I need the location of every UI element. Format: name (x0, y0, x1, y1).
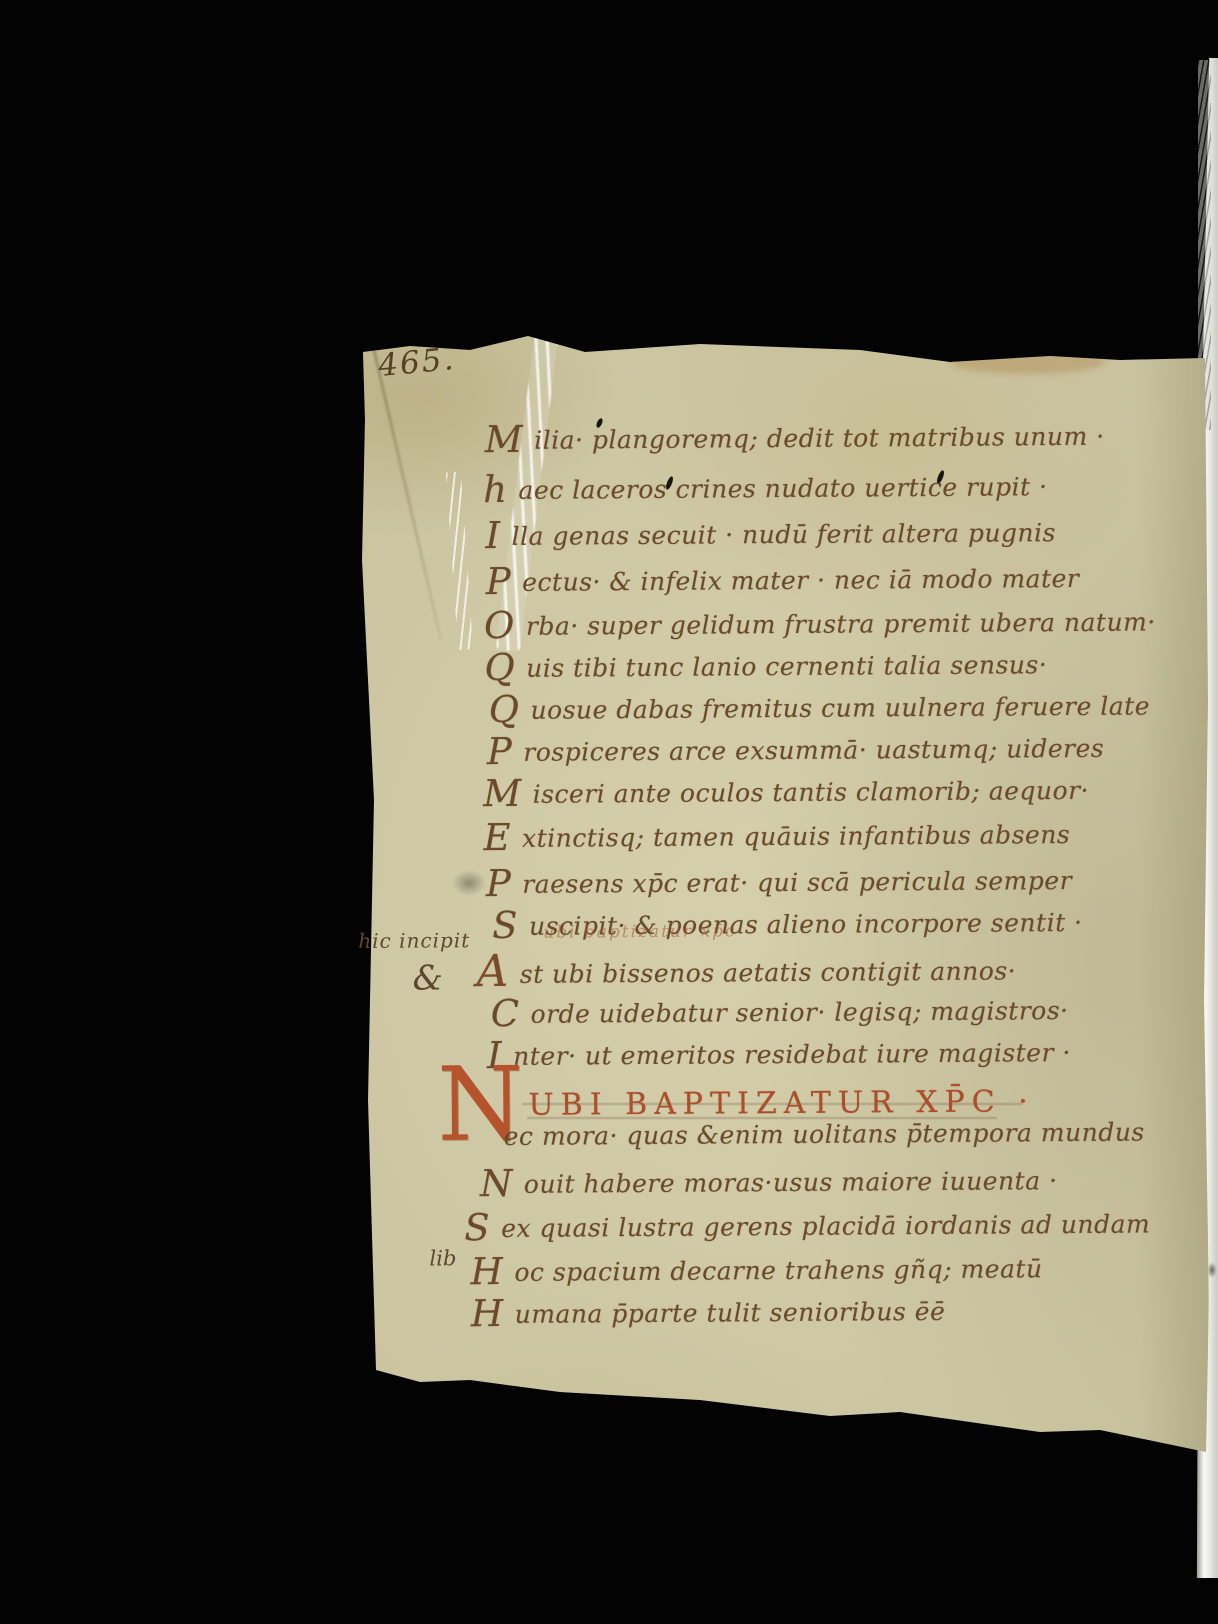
verse-text: rba· super gelidum frustra premit ubera … (526, 607, 1156, 640)
verse-line: ec mora· quas &enim uolitans p̄tempora m… (504, 1118, 1145, 1151)
verse-line: Nouit habere moras·usus maiore iuuenta · (480, 1158, 1058, 1205)
line-initial: C (491, 992, 520, 1035)
verse-line: Pectus· & infelix mater · nec iā modo ma… (486, 556, 1080, 603)
verse-text: xtinctisq; tamen quāuis infantibus absen… (522, 820, 1070, 853)
verse-text: ilia· plangoremq; dedit tot matribus unu… (534, 422, 1105, 455)
line-initial: H (471, 1292, 504, 1335)
verse-line: haec laceros crines nudato uertice rupit… (483, 464, 1048, 511)
line-initial: E (483, 816, 511, 859)
line-initial: M (483, 772, 522, 815)
line-initial: M (485, 418, 524, 461)
line-initial: N (480, 1162, 513, 1205)
verse-line: Orba· super gelidum frustra premit ubera… (484, 599, 1156, 647)
line-initial: H (470, 1250, 503, 1293)
line-initial: Q (489, 688, 520, 731)
verse-text: raesens xp̄c erat· qui scā pericula semp… (522, 866, 1072, 899)
verse-text: nter· ut emeritos residebat iure magiste… (513, 1038, 1071, 1071)
line-initial: S (492, 904, 518, 947)
verse-line: Hoc spacium decarne trahens gñq; meatū (470, 1246, 1042, 1293)
line-initial: O (484, 604, 515, 647)
line-initial: Q (484, 646, 515, 689)
margin-note-lib: lib (429, 1246, 456, 1270)
verse-line: Quosue dabas fremitus cum uulnera feruer… (489, 683, 1151, 731)
verse-text: rospiceres arce exsummā· uastumq; uidere… (523, 734, 1104, 767)
verse-line: Corde uidebatur senior· legisq; magistro… (491, 988, 1069, 1035)
verse-line: Milia· plangoremq; dedit tot matribus un… (485, 414, 1105, 461)
verse-text: ectus· & infelix mater · nec iā modo mat… (522, 564, 1079, 597)
verse-line: Extinctisq; tamen quāuis infantibus abse… (483, 812, 1070, 859)
verse-text: uosue dabas fremitus cum uulnera feruere… (530, 691, 1150, 724)
verse-text: uis tibi tunc lanio cernenti talia sensu… (526, 650, 1047, 683)
verse-text: umana p̄parte tulit senioribus ēē (515, 1297, 946, 1329)
line-initial: S (464, 1206, 490, 1249)
verse-text: isceri ante oculos tantis clamorib; aequ… (533, 776, 1090, 809)
interlinear-rubric-note: ubi baptizatur xp̄c· (543, 921, 744, 942)
verse-text: orde uidebatur senior· legisq; magistros… (531, 996, 1069, 1029)
manuscript-text: 465. Milia· plangoremq; dedit tot matrib… (0, 0, 1218, 1624)
rubric-title: UBI BAPTIZATUR XP̄C · (528, 1084, 1035, 1123)
verse-text: st ubi bissenos aetatis contigit annos· (520, 956, 1017, 988)
verse-line: Humana p̄parte tulit senioribus ēē (471, 1289, 946, 1335)
verse-text: ouit habere moras·usus maiore iuuenta · (524, 1166, 1058, 1199)
verse-text: ec mora· quas &enim uolitans p̄tempora m… (504, 1118, 1145, 1151)
verse-text: lla genas secuit · nudū ferit altera pug… (511, 518, 1056, 551)
verse-line: Illa genas secuit · nudū ferit altera pu… (485, 510, 1056, 557)
verse-line: Praesens xp̄c erat· qui scā pericula sem… (486, 858, 1072, 905)
line-initial: I (485, 514, 500, 557)
verse-line: Prospiceres arce exsummā· uastumq; uider… (487, 726, 1105, 773)
verse-line: Quis tibi tunc lanio cernenti talia sens… (484, 642, 1047, 689)
margin-note-hic-incipit: hic incipit (358, 928, 470, 953)
line-initial: h (483, 468, 508, 511)
verse-text: oc spacium decarne trahens gñq; meatū (514, 1254, 1042, 1287)
verse-text: ex quasi lustra gerens placidā iordanis … (501, 1209, 1150, 1243)
line-initial: P (486, 560, 512, 603)
photo-background: 465. Milia· plangoremq; dedit tot matrib… (0, 0, 1218, 1624)
line-initial: P (487, 730, 513, 773)
verse-line: Sex quasi lustra gerens placidā iordanis… (464, 1201, 1150, 1249)
margin-note-ampersand: & (412, 958, 443, 998)
verse-text: aec laceros crines nudato uertice rupit … (518, 472, 1047, 505)
verse-line: Inter· ut emeritos residebat iure magist… (487, 1030, 1071, 1077)
line-initial: P (486, 862, 512, 905)
verse-line: Misceri ante oculos tantis clamorib; aeq… (483, 768, 1089, 815)
line-initial: A (476, 946, 509, 997)
folio-number: 465. (377, 341, 457, 384)
